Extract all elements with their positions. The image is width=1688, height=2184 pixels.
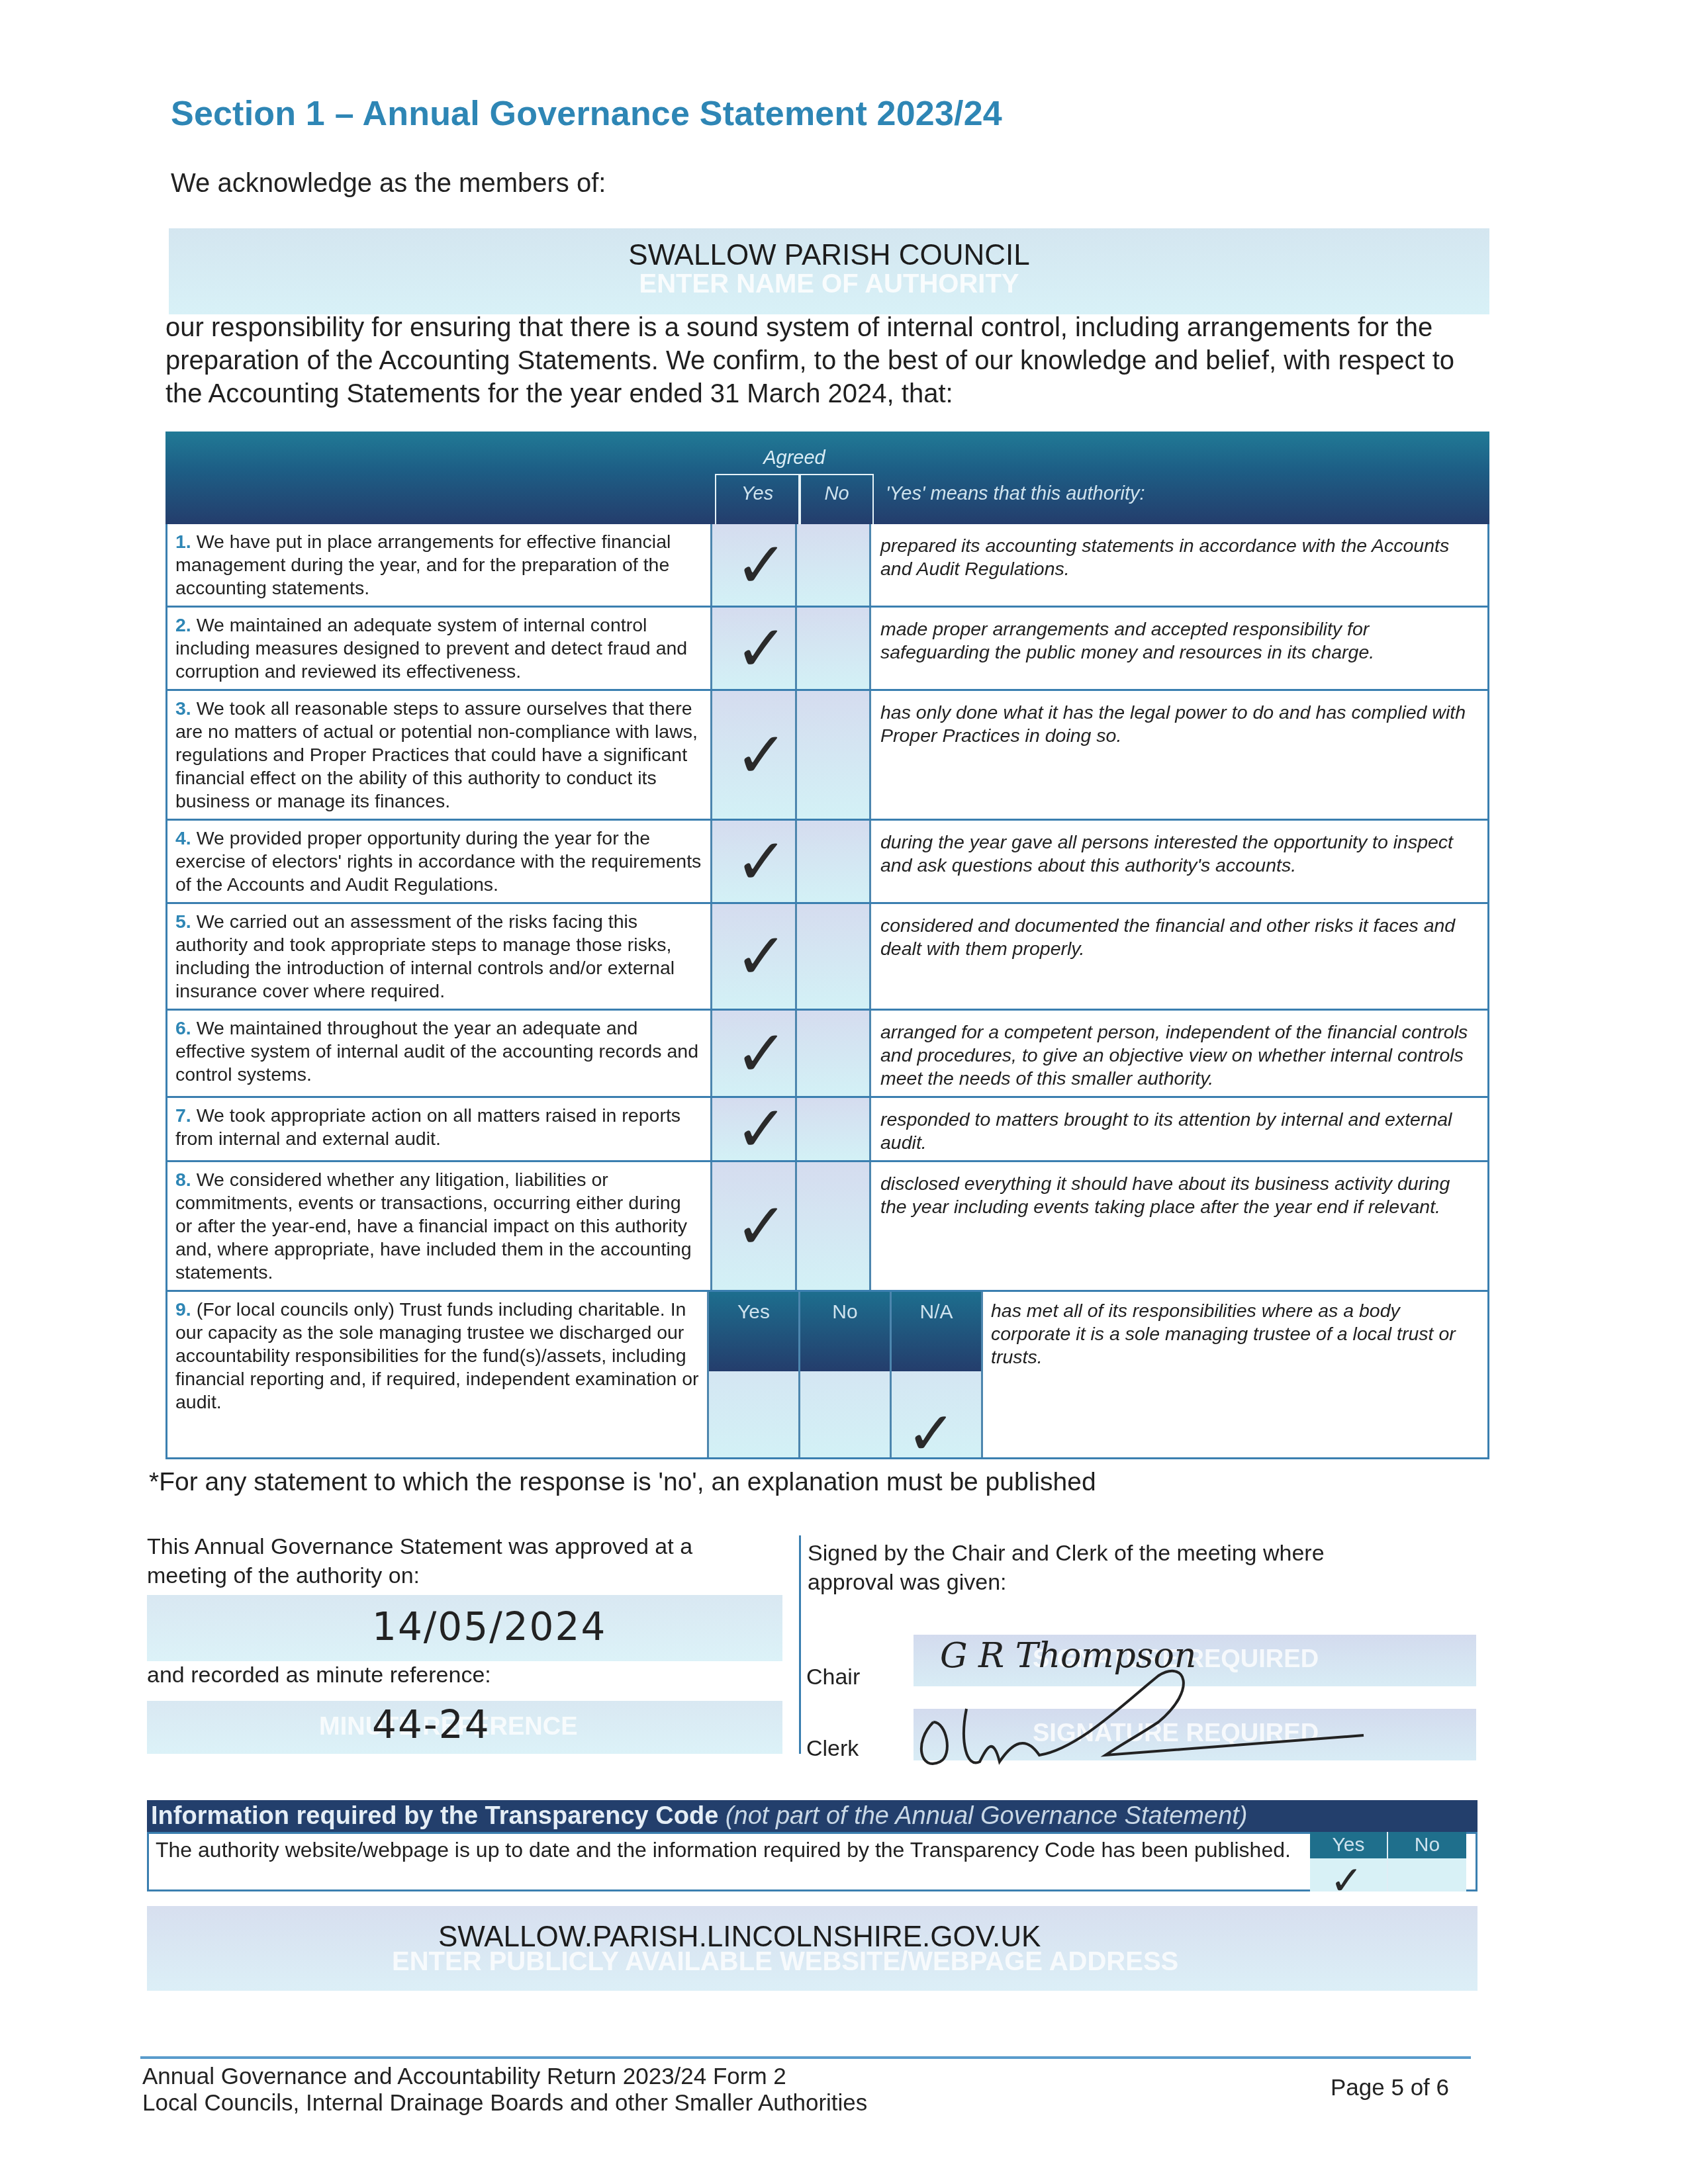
table-row: 2. We maintained an adequate system of i… <box>165 608 1489 691</box>
table-header: Agreed Yes No 'Yes' means that this auth… <box>165 432 1489 524</box>
clerk-signature-field[interactable]: SIGNATURE REQUIRED <box>914 1709 1476 1760</box>
recorded-text: and recorded as minute reference: <box>147 1662 491 1688</box>
yes-checkbox[interactable]: ✓ <box>710 608 795 689</box>
no-checkbox[interactable] <box>795 1162 869 1290</box>
governance-table: Agreed Yes No 'Yes' means that this auth… <box>165 432 1489 1459</box>
table-row-9: 9. (For local councils only) Trust funds… <box>165 1292 1489 1459</box>
statement: 5. We carried out an assessment of the r… <box>167 904 710 1009</box>
check-mark-icon: ✓ <box>735 617 788 680</box>
meaning: made proper arrangements and accepted re… <box>869 608 1487 689</box>
website-address-field[interactable]: ENTER PUBLICLY AVAILABLE WEBSITE/WEBPAGE… <box>147 1906 1477 1991</box>
statement: 6. We maintained throughout the year an … <box>167 1011 710 1096</box>
website-value: SWALLOW.PARISH.LINCOLNSHIRE.GOV.UK <box>438 1921 1041 1954</box>
transparency-statement: The authority website/webpage is up to d… <box>156 1837 1321 1863</box>
means-header: 'Yes' means that this authority: <box>886 483 1145 505</box>
no-checkbox[interactable] <box>795 821 869 902</box>
transparency-row: The authority website/webpage is up to d… <box>147 1832 1477 1891</box>
row9-na-checkbox[interactable]: N/A✓ <box>890 1292 981 1457</box>
table-row: 6. We maintained throughout the year an … <box>165 1011 1489 1098</box>
approval-date-value: 14/05/2024 <box>372 1604 606 1649</box>
yes-checkbox[interactable]: ✓ <box>710 524 795 606</box>
transparency-heading: Information required by the Transparency… <box>147 1800 1477 1832</box>
statement: 3. We took all reasonable steps to assur… <box>167 691 710 819</box>
check-mark-icon: ✓ <box>735 1195 788 1258</box>
yes-checkbox[interactable]: ✓ <box>710 691 795 819</box>
no-checkbox[interactable] <box>795 691 869 819</box>
statement: 2. We maintained an adequate system of i… <box>167 608 710 689</box>
agreed-header: Agreed <box>715 447 874 469</box>
no-checkbox[interactable] <box>795 524 869 606</box>
authority-name-field[interactable]: ENTER NAME OF AUTHORITY SWALLOW PARISH C… <box>169 228 1489 314</box>
meaning: prepared its accounting statements in ac… <box>869 524 1487 606</box>
meaning: during the year gave all persons interes… <box>869 821 1487 902</box>
yes-checkbox[interactable]: ✓ <box>710 821 795 902</box>
divider <box>799 1535 801 1754</box>
meaning: considered and documented the financial … <box>869 904 1487 1009</box>
yes-checkbox[interactable]: ✓ <box>710 904 795 1009</box>
check-mark-icon: ✓ <box>735 1097 788 1161</box>
no-checkbox[interactable] <box>795 904 869 1009</box>
authority-name-placeholder: ENTER NAME OF AUTHORITY <box>169 269 1489 299</box>
intro-text: We acknowledge as the members of: <box>171 169 606 199</box>
meaning-9: has met all of its responsibilities wher… <box>981 1292 1487 1457</box>
check-mark-icon: ✓ <box>1330 1861 1363 1901</box>
yes-checkbox[interactable]: ✓ <box>710 1011 795 1096</box>
chair-label: Chair <box>806 1664 860 1690</box>
approved-text: This Annual Governance Statement was app… <box>147 1532 729 1590</box>
clerk-signature <box>907 1662 1383 1775</box>
footer-divider <box>140 2056 1471 2059</box>
no-response-note: *For any statement to which the response… <box>149 1468 1096 1497</box>
signed-text: Signed by the Chair and Clerk of the mee… <box>808 1539 1403 1597</box>
row9-no-checkbox[interactable]: No <box>798 1292 890 1457</box>
statement: 7. We took appropriate action on all mat… <box>167 1098 710 1160</box>
no-checkbox[interactable] <box>795 608 869 689</box>
table-row: 1. We have put in place arrangements for… <box>165 524 1489 608</box>
minute-reference-field[interactable]: MINUTE REFERENCE 44-24 <box>147 1701 782 1754</box>
check-mark-icon: ✓ <box>735 1022 788 1085</box>
no-column-header: No <box>800 474 874 524</box>
approval-date-field[interactable]: 14/05/2024 <box>147 1595 782 1661</box>
statement: 1. We have put in place arrangements for… <box>167 524 710 606</box>
yes-checkbox[interactable]: ✓ <box>710 1162 795 1290</box>
page-number: Page 5 of 6 <box>1331 2075 1449 2101</box>
table-row: 4. We provided proper opportunity during… <box>165 821 1489 904</box>
clerk-label: Clerk <box>806 1736 859 1762</box>
meaning: disclosed everything it should have abou… <box>869 1162 1487 1290</box>
yes-checkbox[interactable]: ✓ <box>710 1098 795 1160</box>
table-row: 8. We considered whether any litigation,… <box>165 1162 1489 1292</box>
meaning: has only done what it has the legal powe… <box>869 691 1487 819</box>
check-mark-icon: ✓ <box>735 533 788 597</box>
responsibility-text: our responsibility for ensuring that the… <box>165 311 1496 410</box>
transparency-yes-checkbox[interactable]: Yes ✓ <box>1310 1832 1388 1891</box>
table-row: 7. We took appropriate action on all mat… <box>165 1098 1489 1162</box>
check-mark-icon: ✓ <box>735 830 788 893</box>
row9-yes-checkbox[interactable]: Yes <box>707 1292 798 1457</box>
check-mark-icon: ✓ <box>735 723 788 787</box>
statement: 8. We considered whether any litigation,… <box>167 1162 710 1290</box>
meaning: responded to matters brought to its atte… <box>869 1098 1487 1160</box>
footer-form-title: Annual Governance and Accountability Ret… <box>142 2064 786 2090</box>
minute-reference-value: 44-24 <box>372 1702 491 1747</box>
no-checkbox[interactable] <box>795 1098 869 1160</box>
authority-name-value: SWALLOW PARISH COUNCIL <box>169 239 1489 272</box>
check-mark-icon: ✓ <box>906 1404 956 1464</box>
statement-9: 9. (For local councils only) Trust funds… <box>167 1292 707 1457</box>
transparency-no-checkbox[interactable]: No <box>1388 1832 1466 1891</box>
statement: 4. We provided proper opportunity during… <box>167 821 710 902</box>
table-row: 5. We carried out an assessment of the r… <box>165 904 1489 1011</box>
footer-subtitle: Local Councils, Internal Drainage Boards… <box>142 2090 867 2116</box>
no-checkbox[interactable] <box>795 1011 869 1096</box>
check-mark-icon: ✓ <box>735 925 788 988</box>
section-title: Section 1 – Annual Governance Statement … <box>171 94 1002 134</box>
yes-column-header: Yes <box>715 474 800 524</box>
meaning: arranged for a competent person, indepen… <box>869 1011 1487 1096</box>
table-row: 3. We took all reasonable steps to assur… <box>165 691 1489 821</box>
